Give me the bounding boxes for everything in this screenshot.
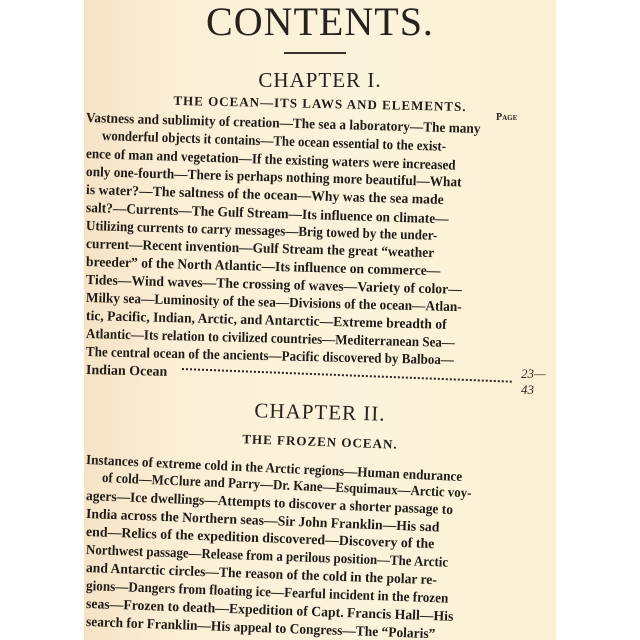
- chapter-2-subtitle: THE FROZEN OCEAN.: [84, 426, 556, 458]
- chapter-2-heading: CHAPTER II.: [84, 394, 556, 431]
- title-divider: [284, 52, 346, 54]
- page-column-label: Page: [496, 112, 517, 123]
- page-title: CONTENTS.: [84, 0, 556, 45]
- dot-leader: [182, 368, 512, 383]
- summary-line: Indian Ocean: [86, 362, 168, 382]
- book-page: CONTENTS. CHAPTER I. THE OCEAN—ITS LAWS …: [84, 0, 556, 640]
- chapter-1-page-range: 23—43: [521, 366, 556, 398]
- chapter-1-heading: CHAPTER I.: [84, 68, 556, 93]
